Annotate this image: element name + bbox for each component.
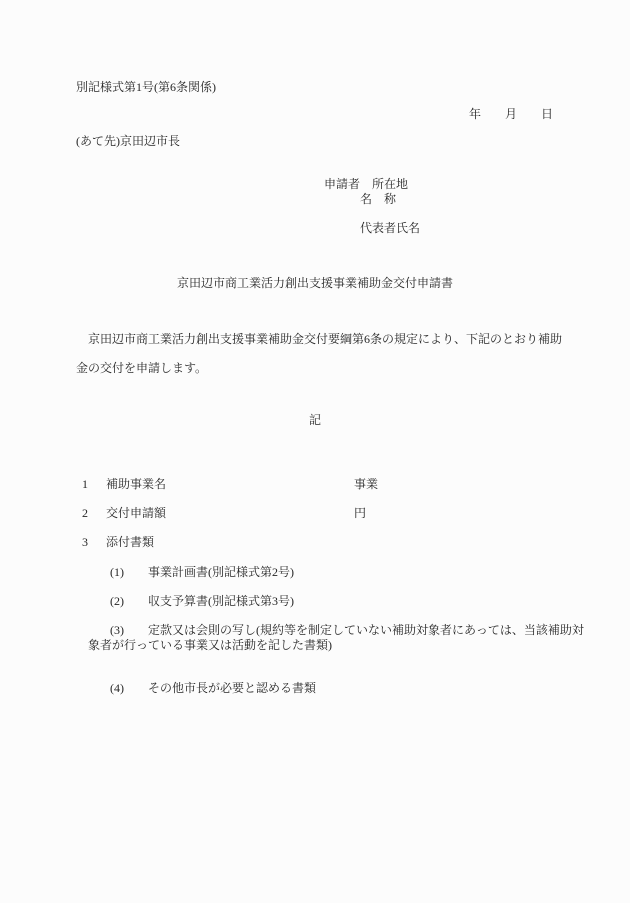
record-marker: 記 [0, 413, 630, 427]
attachment-number: (1) [110, 565, 148, 579]
applicant-label: 申請者 [324, 177, 360, 191]
attachment-number: (3) [110, 623, 148, 637]
item-label: 交付申請額 [106, 506, 354, 520]
applicant-address-label: 所在地 [372, 177, 408, 191]
item-suffix: 円 [354, 506, 366, 520]
addressee: (あて先)京田辺市長 [76, 134, 180, 148]
item-number: 3 [82, 535, 106, 549]
attachment-text: 定款又は会則の写し(規約等を制定していない補助対象者にあっては、当該補助対 [148, 623, 584, 637]
attachment-other: (4)その他市長が必要と認める書類 [98, 667, 316, 709]
attachment-text: 事業計画書(別記様式第2号) [148, 565, 294, 579]
body-paragraph-line-2: 金の交付を申請します。 [76, 361, 207, 375]
attachment-text: 収支予算書(別記様式第3号) [148, 594, 294, 608]
attachment-articles-continuation: 象者が行っている事業又は活動を記した書類) [88, 638, 332, 652]
attachment-text: その他市長が必要と認める書類 [148, 681, 316, 695]
form-number: 別記様式第1号(第6条関係) [76, 80, 216, 94]
application-form-page: 別記様式第1号(第6条関係) 年 月 日 (あて先)京田辺市長 申請者所在地 名… [0, 0, 630, 903]
document-title: 京田辺市商工業活力創出支援事業補助金交付申請書 [0, 276, 630, 290]
item-label: 添付書類 [106, 535, 154, 549]
body-paragraph-line-1: 京田辺市商工業活力創出支援事業補助金交付要綱第6条の規定により、下記のとおり補助 [76, 332, 562, 346]
item-suffix: 事業 [354, 477, 378, 491]
date-line: 年 月 日 [0, 107, 630, 121]
item-number: 1 [82, 477, 106, 491]
attachment-number: (2) [110, 594, 148, 608]
item-label: 補助事業名 [106, 477, 354, 491]
applicant-name-label: 名 称 [360, 192, 396, 206]
applicant-representative-label: 代表者氏名 [360, 221, 420, 235]
item-number: 2 [82, 506, 106, 520]
attachment-number: (4) [110, 681, 148, 695]
